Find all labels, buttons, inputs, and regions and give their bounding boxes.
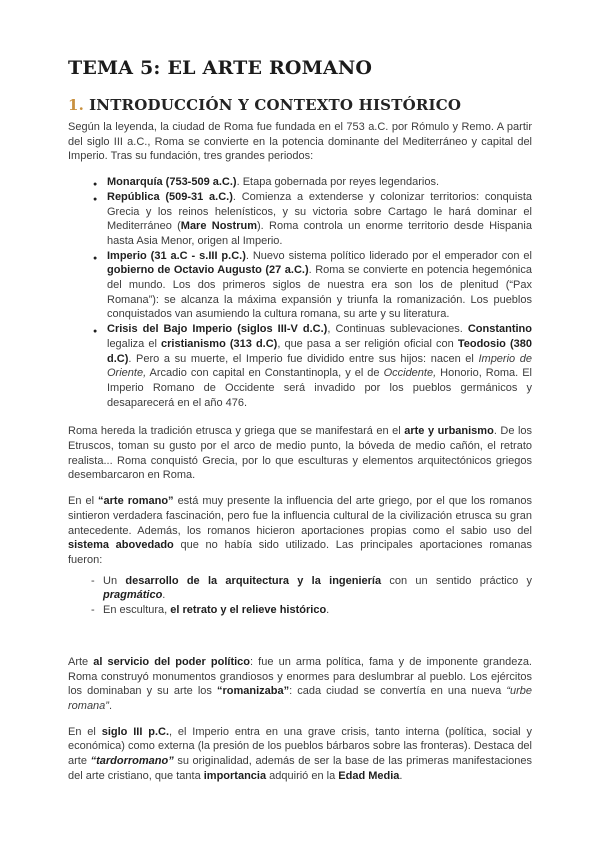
section-number: 1.: [68, 96, 84, 114]
text-run: “romanizaba”: [217, 685, 289, 697]
text-run: : cada ciudad se convertía en una nueva: [289, 685, 506, 697]
text-run: . Nuevo sistema político liderado por el…: [246, 250, 532, 262]
text-run: Un: [103, 575, 125, 587]
text-run: Edad Media: [338, 770, 399, 782]
text-run: .: [326, 604, 329, 616]
text-run: Mare Nostrum: [181, 220, 257, 232]
text-run: “tardorromano”: [91, 755, 174, 767]
section-heading: 1.INTRODUCCIÓN Y CONTEXTO HISTÓRICO: [68, 95, 532, 115]
text-run: .: [399, 770, 402, 782]
text-run: pragmático: [103, 589, 162, 601]
text-run: .: [109, 700, 112, 712]
list-item-republica: República (509-31 a.C.). Comienza a exte…: [107, 190, 532, 249]
text-run: En el: [68, 726, 102, 738]
list-item-escultura: En escultura, el retrato y el relieve hi…: [103, 603, 532, 618]
text-run: , que pasa a ser religión oficial con: [277, 338, 458, 350]
text-run: cristianismo (313 d.C): [161, 338, 277, 350]
paragraph-arte-romano: En el “arte romano” está muy presente la…: [68, 494, 532, 568]
text-run: Roma hereda la tradición etrusca y grieg…: [68, 425, 404, 437]
text-run: desarrollo de la arquitectura y la ingen…: [125, 575, 381, 587]
section-heading-text: INTRODUCCIÓN Y CONTEXTO HISTÓRICO: [89, 96, 461, 114]
text-run: siglo III p.C.: [102, 726, 169, 738]
text-run: República (509-31 a.C.): [107, 191, 233, 203]
text-run: . Pero a su muerte, el Imperio fue divid…: [128, 353, 478, 365]
text-run: legaliza el: [107, 338, 161, 350]
document-page: TEMA 5: EL ARTE ROMANO 1.INTRODUCCIÓN Y …: [0, 0, 600, 848]
periods-bullet-list: Monarquía (753-509 a.C.). Etapa gobernad…: [68, 175, 532, 410]
text-run: Arte: [68, 656, 93, 668]
text-run: Arcadio con capital en Constantinopla, y…: [146, 367, 383, 379]
text-run: arte y urbanismo: [404, 425, 494, 437]
text-run: Según la leyenda, la ciudad de Roma fue …: [68, 121, 532, 162]
text-run: Imperio (31 a.C - s.III p.C.): [107, 250, 246, 262]
paragraph-intro: Según la leyenda, la ciudad de Roma fue …: [68, 120, 532, 164]
text-run: Constantino: [468, 323, 532, 335]
text-run: , Continuas sublevaciones.: [327, 323, 467, 335]
text-run: gobierno de Octavio Augusto (27 a.C.): [107, 264, 309, 276]
text-run: importancia: [204, 770, 266, 782]
text-run: Occidente,: [384, 367, 437, 379]
list-item-monarquia: Monarquía (753-509 a.C.). Etapa gobernad…: [107, 175, 532, 190]
text-run: . Etapa gobernada por reyes legendarios.: [237, 176, 439, 188]
text-run: .: [162, 589, 165, 601]
aportaciones-dash-list: Un desarrollo de la arquitectura y la in…: [68, 574, 532, 618]
paragraph-heritage: Roma hereda la tradición etrusca y grieg…: [68, 424, 532, 483]
text-run: el retrato y el relieve histórico: [170, 604, 326, 616]
text-run: En escultura,: [103, 604, 170, 616]
paragraph-poder-politico: Arte al servicio del poder político: fue…: [68, 655, 532, 714]
text-run: con un sentido práctico y: [381, 575, 532, 587]
text-run: Crisis del Bajo Imperio (siglos III-V d.…: [107, 323, 327, 335]
text-run: Monarquía (753-509 a.C.): [107, 176, 237, 188]
text-run: sistema abovedado: [68, 539, 174, 551]
text-run: al servicio del poder político: [93, 656, 250, 668]
text-run: “arte romano”: [98, 495, 174, 507]
list-item-crisis-bajo-imperio: Crisis del Bajo Imperio (siglos III-V d.…: [107, 322, 532, 410]
text-run: En el: [68, 495, 98, 507]
paragraph-siglo-iii: En el siglo III p.C., el Imperio entra e…: [68, 725, 532, 784]
text-run: adquirió en la: [266, 770, 338, 782]
list-item-imperio: Imperio (31 a.C - s.III p.C.). Nuevo sis…: [107, 249, 532, 323]
list-item-arquitectura: Un desarrollo de la arquitectura y la in…: [103, 574, 532, 603]
document-title: TEMA 5: EL ARTE ROMANO: [68, 56, 532, 80]
